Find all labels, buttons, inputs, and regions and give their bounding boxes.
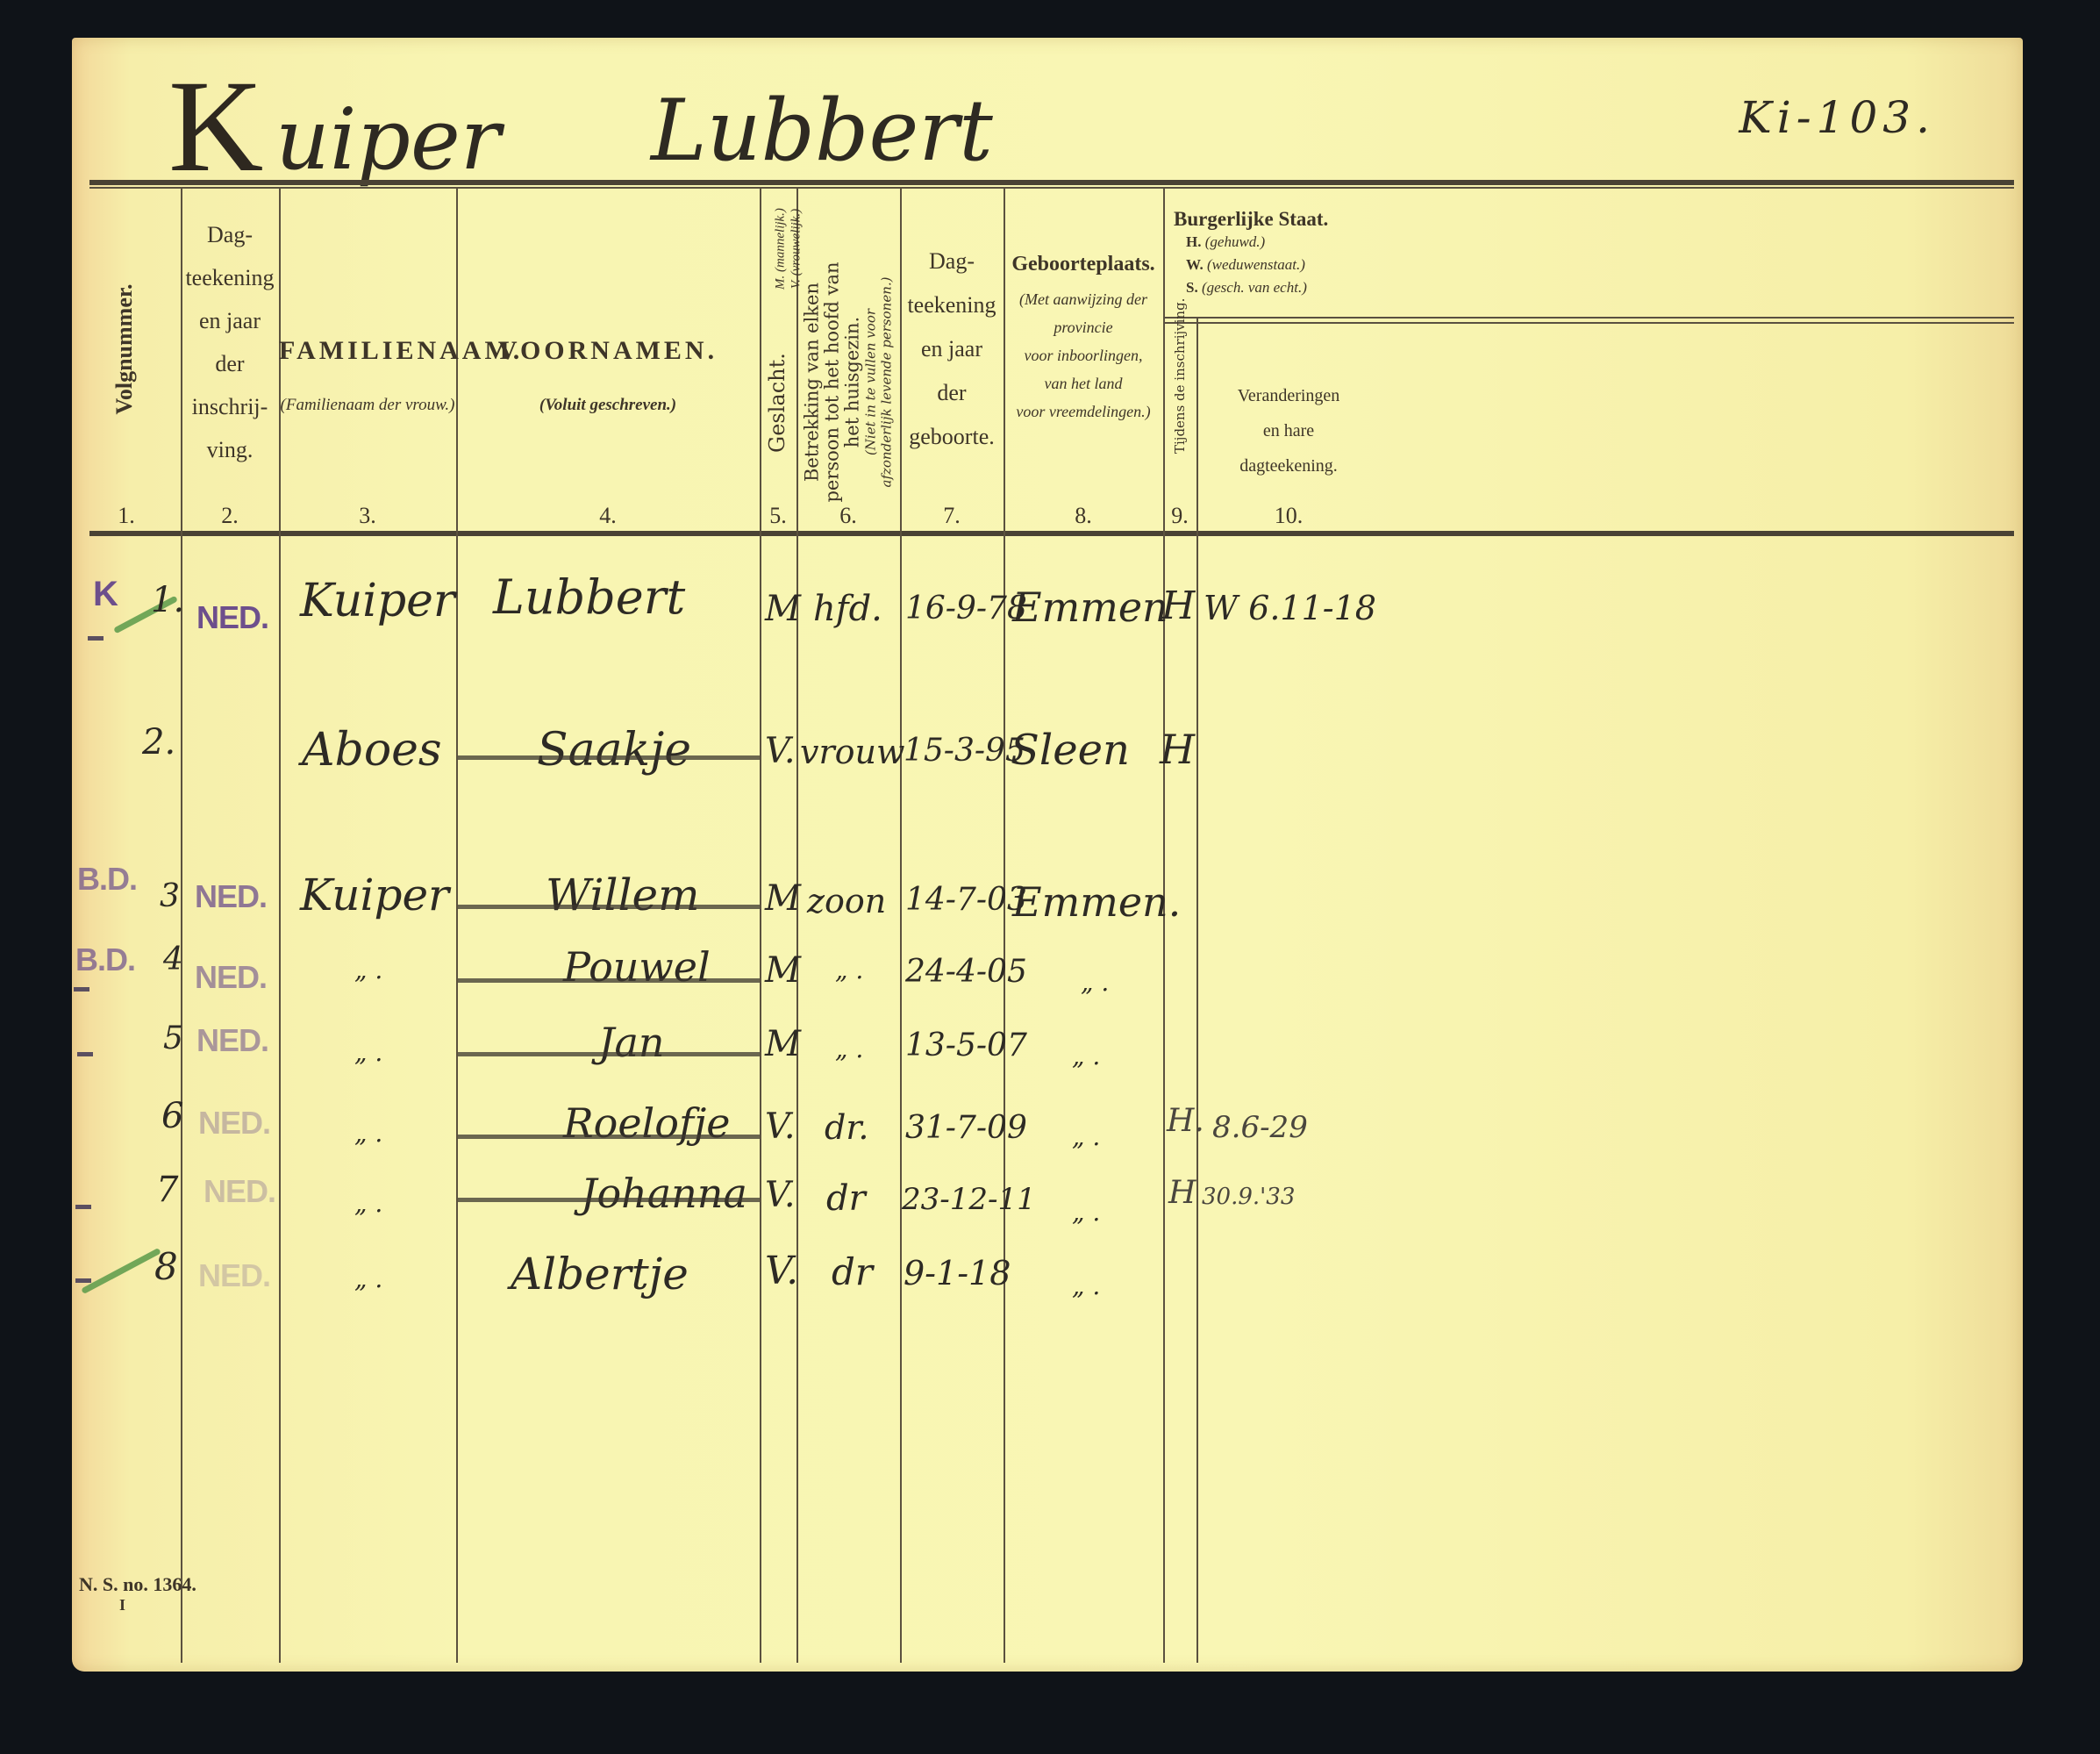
column-divider	[796, 189, 798, 1663]
header-dagteekening-inschrijving: Dag- teekening en jaar der inschrij- vin…	[181, 213, 279, 471]
strikethrough-line	[458, 755, 760, 760]
strikethrough-line	[458, 978, 760, 983]
column-number-3: 3.	[279, 503, 456, 529]
staat-inschrijving: H.	[1167, 1103, 1204, 1139]
header-top-rule-thin	[89, 187, 2014, 189]
betrekking: dr	[832, 1250, 873, 1293]
staat-subrule	[1163, 317, 2014, 319]
column-number-9: 9.	[1163, 503, 1196, 529]
geboorteplaats-ditto: „ .	[1072, 1122, 1100, 1151]
margin-dash	[75, 1205, 91, 1209]
margin-dash	[74, 987, 89, 992]
strikethrough-line	[458, 1198, 760, 1202]
betrekking: hfd.	[813, 589, 882, 629]
geboortedatum: 14-7-03	[905, 882, 1027, 918]
header-burgerlijke-staat: Burgerlijke Staat. H. (gehuwd.) W. (wedu…	[1163, 208, 1384, 299]
geboortedatum: 31-7-09	[905, 1110, 1027, 1146]
voornamen: Albertje	[511, 1249, 689, 1299]
voornamen: Saakje	[537, 724, 691, 777]
staat-inschrijving: H	[1161, 583, 1195, 628]
margin-stamp: B.D.	[75, 941, 135, 978]
veranderingen: W 6.11-18	[1204, 589, 1376, 627]
reference-number: Ki-103.	[1739, 92, 1935, 143]
volgnummer: 6	[161, 1096, 183, 1136]
geboorteplaats-ditto: „ .	[1072, 1198, 1100, 1227]
header-volgnummer: Volgnummer.	[111, 261, 138, 437]
familienaam-ditto: „ .	[354, 1038, 382, 1067]
registration-card: K uiper Lubbert Ki-103. Volgnummer. 1. D…	[72, 38, 2023, 1672]
volgnummer: 5	[163, 1020, 183, 1056]
column-number-7: 7.	[900, 503, 1004, 529]
familienaam-ditto: „ .	[354, 1119, 382, 1148]
header-familienaam: FAMILIENAAM. (Familienaam der vrouw.)	[279, 336, 456, 415]
betrekking: zoon	[807, 882, 886, 920]
form-number: N. S. no. 1364. I	[79, 1573, 196, 1614]
geslacht: V.	[765, 1249, 798, 1293]
margin-dash	[88, 636, 104, 641]
header-geslacht: Geslacht.	[765, 341, 789, 464]
geslacht: V.	[765, 1106, 796, 1147]
column-number-10: 10.	[1196, 503, 1381, 529]
geslacht: M	[765, 950, 801, 991]
header-voornamen: VOORNAMEN. (Voluit geschreven.)	[456, 336, 760, 415]
familienaam: Kuiper	[300, 575, 455, 627]
voornamen: Johanna	[581, 1170, 747, 1217]
title-given-name-handwritten: Lubbert	[651, 82, 993, 180]
nationality-stamp: NED.	[195, 959, 267, 996]
header-betrekking: Betrekking van elken persoon tot het hoo…	[803, 233, 895, 532]
betrekking-ditto: „ .	[835, 1035, 863, 1063]
veranderingen: 30.9.'33	[1202, 1184, 1295, 1210]
header-dagteekening-geboorte: Dag- teekening en jaar der geboorte.	[900, 240, 1004, 459]
geboortedatum: 23-12-11	[902, 1182, 1036, 1217]
geboortedatum: 9-1-18	[904, 1254, 1011, 1292]
nationality-stamp: NED.	[198, 1257, 270, 1294]
strikethrough-line	[458, 1052, 760, 1056]
strikethrough-line	[458, 905, 760, 909]
nationality-stamp: NED.	[196, 1022, 268, 1059]
column-divider	[760, 189, 761, 1663]
voornamen: Jan	[598, 1019, 665, 1066]
margin-stamp: B.D.	[77, 861, 137, 898]
geboorteplaats: Emmen	[1012, 583, 1168, 631]
header-geslacht-m: M. (mannelijk.)	[774, 188, 789, 311]
volgnummer: 7	[156, 1170, 178, 1210]
familienaam-ditto: „ .	[354, 1189, 382, 1218]
strikethrough-line	[458, 1135, 760, 1139]
title-surname-handwritten: uiper	[275, 90, 501, 189]
staat-inschrijving: H	[1160, 726, 1195, 773]
geslacht: V.	[765, 731, 796, 771]
column-number-6: 6.	[796, 503, 900, 529]
familienaam-ditto: „ .	[354, 956, 382, 984]
column-number-2: 2.	[181, 503, 279, 529]
nationality-stamp: NED.	[195, 878, 267, 915]
geslacht: M	[765, 589, 801, 629]
column-number-1: 1.	[72, 503, 181, 529]
veranderingen: 8.6-29	[1212, 1110, 1308, 1145]
column-number-4: 4.	[456, 503, 760, 529]
green-check-mark	[81, 1248, 161, 1294]
geboortedatum: 24-4-05	[905, 954, 1027, 990]
geboortedatum: 16-9-78	[905, 591, 1027, 626]
column-number-5: 5.	[760, 503, 796, 529]
nationality-stamp: NED.	[204, 1173, 275, 1210]
betrekking: dr.	[825, 1108, 868, 1147]
geslacht: V.	[765, 1175, 796, 1215]
volgnummer: 1.	[151, 580, 184, 620]
nationality-stamp: NED.	[198, 1105, 270, 1142]
staat-inschrijving: H	[1168, 1175, 1196, 1211]
header-tijdens-inschrijving: Tijdens de inschrijving.	[1172, 340, 1188, 454]
volgnummer: 2.	[142, 722, 175, 762]
volgnummer: 8	[154, 1245, 178, 1288]
voornamen: Roelofje	[563, 1099, 730, 1147]
geboorteplaats: Sleen	[1011, 726, 1130, 775]
familienaam: Aboes	[302, 724, 442, 777]
margin-dash	[77, 1052, 93, 1056]
geboorteplaats-ditto: „ .	[1072, 1042, 1100, 1070]
column-number-8: 8.	[1004, 503, 1163, 529]
header-bottom-rule	[89, 531, 2014, 536]
geslacht: M	[765, 1024, 801, 1064]
geboorteplaats-ditto: „ .	[1072, 1271, 1100, 1300]
betrekking: dr	[826, 1178, 866, 1219]
geboortedatum: 13-5-07	[905, 1027, 1027, 1063]
column-divider	[1163, 189, 1165, 1663]
geboortedatum: 15-3-95	[904, 733, 1025, 769]
volgnummer: 4	[163, 941, 183, 977]
familienaam: Kuiper	[300, 870, 449, 920]
header-veranderingen: Veranderingen en hare dagteekening.	[1196, 378, 1381, 483]
geslacht: M	[765, 878, 801, 919]
staat-subrule	[1163, 322, 2014, 324]
margin-dash	[75, 1278, 91, 1283]
geboorteplaats: Emmen.	[1012, 878, 1181, 926]
betrekking: vrouw	[800, 733, 905, 771]
voornamen: Lubbert	[493, 569, 685, 625]
header-geboorteplaats: Geboorteplaats. (Met aanwijzing der prov…	[1004, 253, 1163, 426]
header-top-rule	[89, 180, 2014, 185]
margin-stamp: K	[93, 575, 118, 614]
title-printed-initial: K	[168, 61, 263, 192]
nationality-stamp: NED.	[196, 599, 268, 636]
familienaam-ditto: „ .	[354, 1264, 382, 1293]
volgnummer: 3	[160, 878, 180, 914]
voornamen: Willem	[546, 870, 700, 920]
geboorteplaats-ditto: „ .	[1081, 968, 1109, 997]
betrekking-ditto: „ .	[835, 956, 863, 984]
voornamen: Pouwel	[563, 943, 711, 991]
